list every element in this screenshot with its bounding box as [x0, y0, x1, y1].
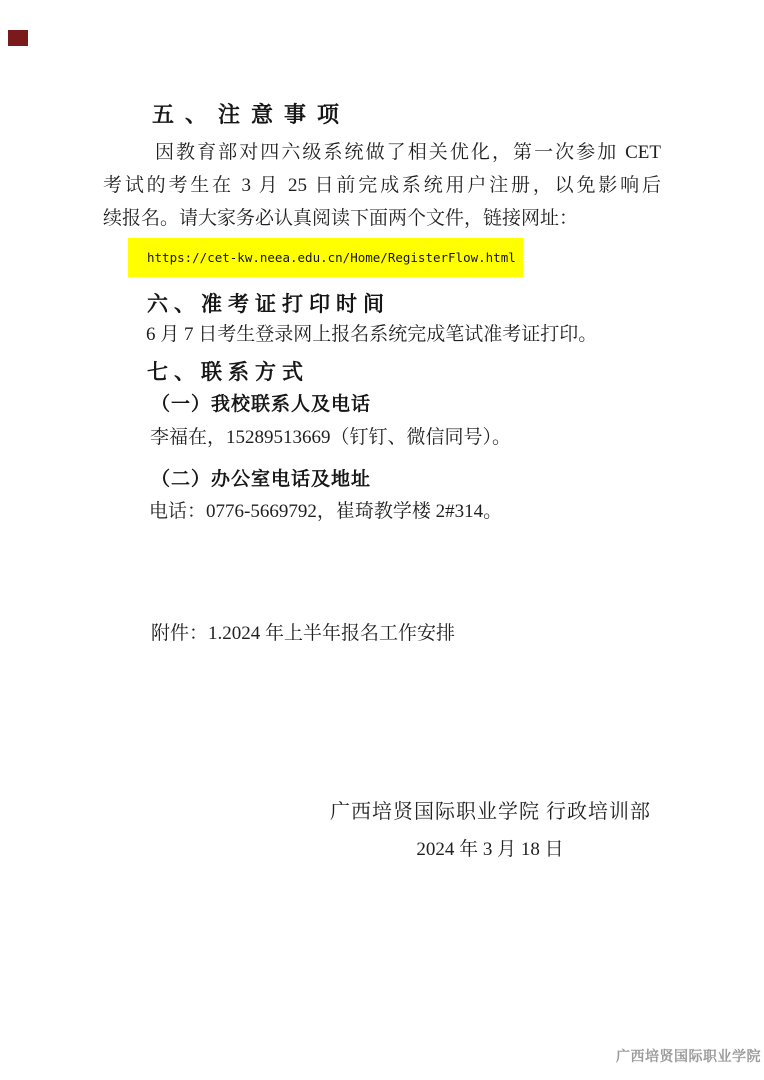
page-corner-mark: [8, 30, 28, 46]
section6-body: 6 月 7 日考生登录网上报名系统完成笔试准考证打印。: [103, 318, 597, 351]
paragraph-line: 因教育部对四六级系统做了相关优化，第一次参加 CET: [103, 136, 661, 169]
paragraph-line: 续报名。请大家务必认真阅读下面两个文件，链接网址：: [103, 202, 661, 235]
section7-sub1-body: 李福在，15289513669（钉钉、微信同号）。: [150, 421, 511, 454]
section7-sub2-heading: （二）办公室电话及地址: [151, 464, 371, 491]
registration-link-highlight[interactable]: https://cet-kw.neea.edu.cn/Home/Register…: [128, 238, 523, 277]
paragraph-line: 考试的考生在 3 月 25 日前完成系统用户注册，以免影响后: [103, 169, 661, 202]
section7-heading: 七、联系方式: [147, 356, 309, 386]
signature-organization: 广西培贤国际职业学院 行政培训部: [330, 794, 650, 831]
section7-sub1-heading: （一）我校联系人及电话: [151, 389, 371, 416]
section6-heading: 六、准考证打印时间: [147, 288, 390, 318]
signature-date: 2024 年 3 月 18 日: [330, 831, 650, 868]
section7-sub2-body: 电话：0776-5669792，崔琦教学楼 2#314。: [149, 495, 502, 528]
registration-link-url[interactable]: https://cet-kw.neea.edu.cn/Home/Register…: [128, 250, 516, 265]
footer-watermark: 广西培贤国际职业学院: [616, 1046, 761, 1066]
section5-paragraph: 因教育部对四六级系统做了相关优化，第一次参加 CET 考试的考生在 3 月 25…: [103, 136, 661, 235]
document-page: 五、注意事项 因教育部对四六级系统做了相关优化，第一次参加 CET 考试的考生在…: [0, 0, 764, 1080]
signature-block: 广西培贤国际职业学院 行政培训部 2024 年 3 月 18 日: [330, 794, 650, 868]
attachment-line: 附件：1.2024 年上半年报名工作安排: [151, 617, 455, 650]
section5-heading: 五、注意事项: [152, 98, 350, 129]
